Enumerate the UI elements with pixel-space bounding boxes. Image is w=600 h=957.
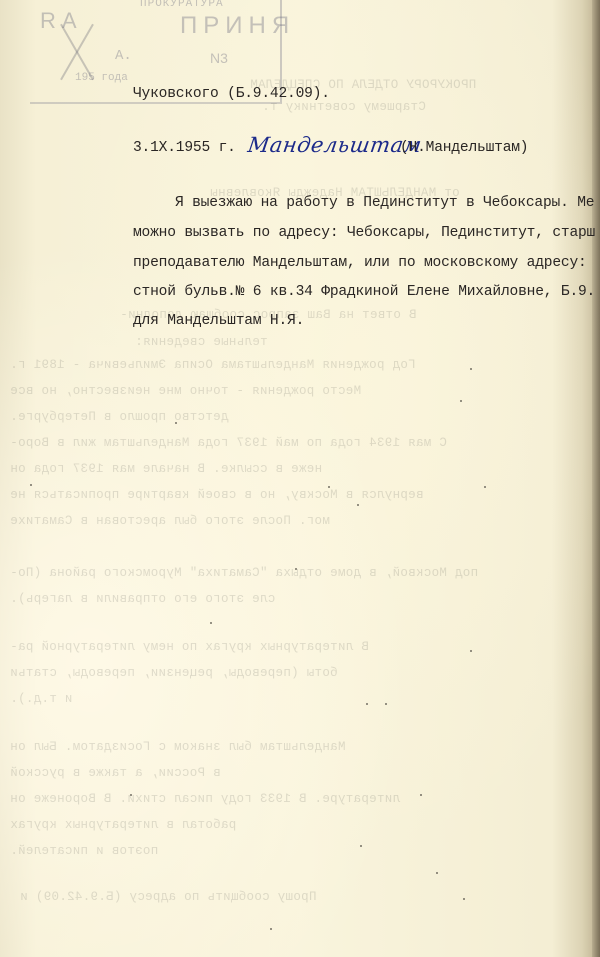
bleed-through-line: и т.д.). (10, 692, 72, 706)
bleed-through-line: Старшему советнику т. (262, 100, 426, 114)
speck (470, 650, 472, 652)
signer-name: (Н.Мандельштам) (400, 140, 528, 156)
handwritten-signature: Мандельштам (246, 133, 423, 157)
bleed-through-line: поэтов и писателей. (10, 844, 158, 858)
speck (420, 794, 422, 796)
bleed-through-line: мог. После этого был арестован в Саматих… (10, 514, 330, 528)
speck (357, 504, 359, 506)
body-line: можно вызвать по адресу: Чебоксары, Педи… (133, 225, 595, 241)
stamp-text: ПРИНЯ (180, 12, 295, 40)
speck (436, 872, 438, 874)
bleed-through-line: боты (переводы, рецензии, переводы, стат… (10, 666, 338, 680)
date-text: 3.1X.1955 г. (133, 140, 236, 156)
bleed-through-line: Место рождения - точно мне неизвестно, н… (10, 384, 361, 398)
speck (385, 703, 387, 705)
bleed-through-line: в России, а также в русской (10, 766, 221, 780)
speck (295, 568, 297, 570)
speck (360, 845, 362, 847)
bleed-through-line: Год рождения Мандельштама Осипа Эмильеви… (10, 358, 416, 372)
bleed-through-line: вернулся в Москву, но в своей квартире п… (10, 488, 423, 502)
header-line: Чуковского (Б.9.42.09). (133, 86, 330, 102)
bleed-through-line: под Москвой, в доме отдыха "Саматиха" Му… (10, 566, 478, 580)
speck (130, 794, 132, 796)
speck (366, 703, 368, 705)
body-line: для Мандельштам Н.Я. (133, 313, 304, 329)
bleed-through-line: тельные сведения: (135, 335, 268, 349)
bleed-through-line: работал в литературных кругах (10, 818, 236, 832)
bleed-through-line: В литературных кругах по нему литературн… (10, 640, 369, 654)
bleed-through-line: сле этого его отправили в лагерь). (10, 592, 275, 606)
body-line: преподавателю Мандельштам, или по москов… (133, 255, 587, 271)
bleed-through-line: Мандельштам был знаком с Госиздатом. Был… (10, 740, 345, 754)
speck (470, 368, 472, 370)
speck (463, 898, 465, 900)
page-edge-shadow (592, 0, 600, 957)
bleed-through-line: С мая 1934 года по май 1937 года Мандель… (10, 436, 447, 450)
bleed-through-line: неже в ссылке. В начале мая 1937 года он (10, 462, 322, 476)
stamp-text: ПРОКУРАТУРА (140, 0, 224, 10)
speck (30, 484, 32, 486)
body-line: стной бульв.№ 6 кв.34 Фрадкиной Елене Ми… (133, 284, 595, 300)
body-line: Я выезжаю на работу в Пединститут в Чебо… (175, 195, 594, 211)
speck (210, 622, 212, 624)
bleed-through-line: литературе. В 1933 году писал стихи. В В… (10, 792, 400, 806)
speck (270, 928, 272, 930)
speck (460, 400, 462, 402)
bleed-through-line: детство прошло в Петербурге. (10, 410, 228, 424)
cross-mark-icon (58, 20, 98, 80)
speck (484, 486, 486, 488)
speck (175, 422, 177, 424)
bleed-through-line: Прошу сообщить по адресу (Б.9.42.09) и (20, 890, 316, 904)
speck (328, 486, 330, 488)
stamp-text: A. (115, 48, 132, 64)
stamp-text: N3 (210, 50, 228, 66)
